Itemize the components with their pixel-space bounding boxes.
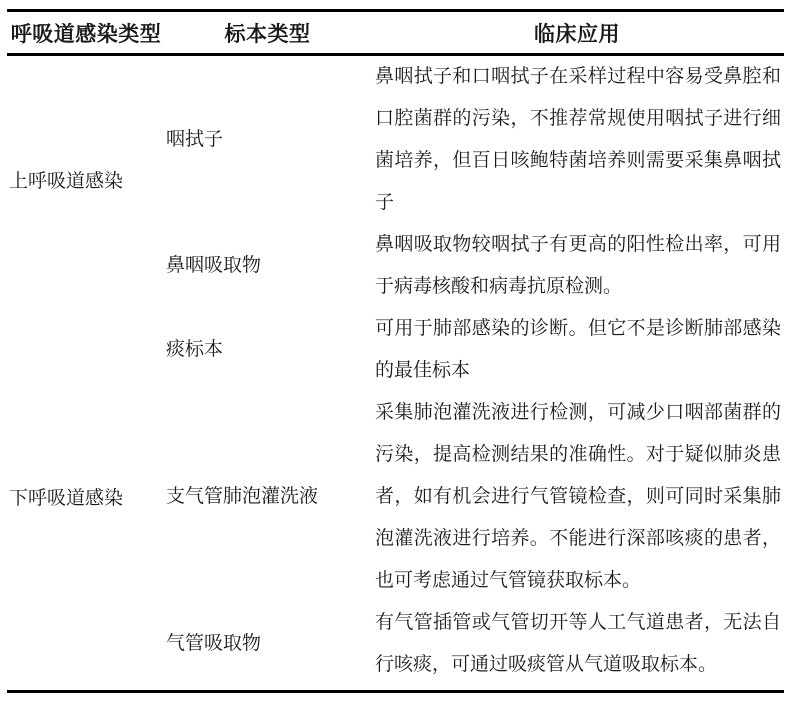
header-clinical-application: 临床应用 bbox=[370, 11, 784, 55]
table-row-pharyngeal-swab: 上呼吸道感染 咽拭子 鼻咽拭子和口咽拭子在采样过程中容易受鼻腔和口腔菌群的污染，… bbox=[7, 55, 784, 225]
cell-infection-type-upper: 上呼吸道感染 bbox=[7, 55, 165, 309]
header-infection-type: 呼吸道感染类型 bbox=[7, 11, 165, 55]
cell-application-tracheal-aspirate: 有气管插管或气管切开等人工气道患者，无法自行咳痰，可通过吸痰管从气道吸取标本。 bbox=[370, 602, 784, 692]
cell-specimen-pharyngeal-swab: 咽拭子 bbox=[165, 55, 370, 225]
cell-specimen-bronchoalveolar-lavage: 支气管肺泡灌洗液 bbox=[165, 392, 370, 602]
header-row: 呼吸道感染类型 标本类型 临床应用 bbox=[7, 11, 784, 55]
header-specimen-type: 标本类型 bbox=[165, 11, 370, 55]
cell-application-pharyngeal-swab: 鼻咽拭子和口咽拭子在采样过程中容易受鼻腔和口腔菌群的污染，不推荐常规使用咽拭子进… bbox=[370, 55, 784, 225]
cell-infection-type-lower: 下呼吸道感染 bbox=[7, 308, 165, 692]
cell-application-nasopharyngeal-aspirate: 鼻咽吸取物较咽拭子有更高的阳性检出率，可用于病毒核酸和病毒抗原检测。 bbox=[370, 224, 784, 308]
cell-specimen-sputum: 痰标本 bbox=[165, 308, 370, 392]
respiratory-specimen-table: 呼吸道感染类型 标本类型 临床应用 上呼吸道感染 咽拭子 鼻咽拭子和口咽拭子在采… bbox=[7, 9, 784, 693]
table-row-sputum: 下呼吸道感染 痰标本 可用于肺部感染的诊断。但它不是诊断肺部感染的最佳标本 bbox=[7, 308, 784, 392]
cell-application-bronchoalveolar-lavage: 采集肺泡灌洗液进行检测，可减少口咽部菌群的污染，提高检测结果的准确性。对于疑似肺… bbox=[370, 392, 784, 602]
cell-specimen-tracheal-aspirate: 气管吸取物 bbox=[165, 602, 370, 692]
document-page: 呼吸道感染类型 标本类型 临床应用 上呼吸道感染 咽拭子 鼻咽拭子和口咽拭子在采… bbox=[0, 0, 793, 701]
cell-application-sputum: 可用于肺部感染的诊断。但它不是诊断肺部感染的最佳标本 bbox=[370, 308, 784, 392]
cell-specimen-nasopharyngeal-aspirate: 鼻咽吸取物 bbox=[165, 224, 370, 308]
